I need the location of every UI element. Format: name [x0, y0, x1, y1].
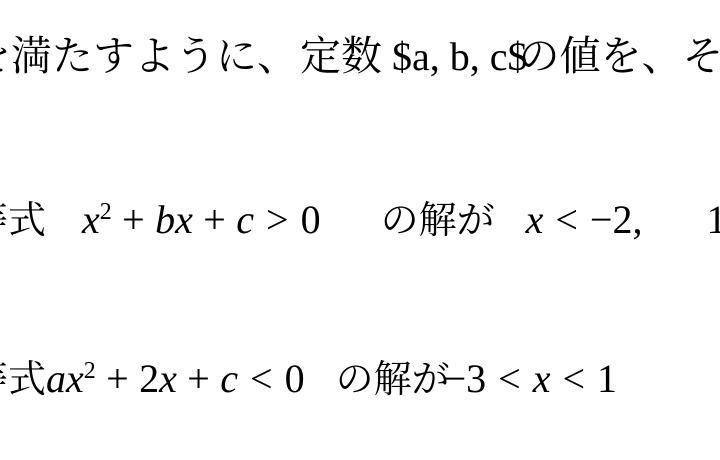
statement-text-end: の値を、それ — [519, 33, 720, 79]
term-c: c — [220, 356, 238, 401]
inequality-2-line: 等式ax2+2x+c<0の解が−3<x<1 — [0, 351, 617, 408]
term-x: x — [82, 197, 100, 242]
plus-operator: + — [106, 356, 129, 401]
coefficient-2: 2 — [139, 356, 159, 401]
solution-label: の解が — [336, 359, 450, 401]
zero-value: 0 — [301, 197, 321, 242]
term-c: c — [236, 197, 254, 242]
document-page: を満たすように、定数$a, b, c$の値を、それ 等式x2+bx+c>0の解が… — [0, 0, 720, 460]
statement-text-start: を満たすように、 — [0, 33, 298, 79]
solution-range-1: x<−2, — [526, 197, 643, 242]
one-value: 1 — [597, 356, 617, 401]
neg-three-value: −3 — [444, 356, 487, 401]
exponent-2: 2 — [100, 199, 112, 225]
greater-than-sign: > — [266, 197, 289, 242]
solution-label: の解が — [381, 200, 495, 242]
term-ax: ax — [46, 356, 84, 401]
plus-operator: + — [187, 356, 210, 401]
constants-variables: $a, b, c$ — [392, 34, 528, 79]
inequality-2-label: 等式 — [0, 359, 46, 401]
inequality-1-expression: x2+bx+c>0 — [82, 197, 321, 242]
zero-value: 0 — [285, 356, 305, 401]
constants-label: 定数 — [300, 33, 382, 79]
term-bx: bx — [155, 197, 193, 242]
plus-operator: + — [203, 197, 226, 242]
var-x: x — [526, 197, 544, 242]
clipped-value-fragment: 1 — [706, 197, 720, 242]
less-than-sign: < — [562, 356, 585, 401]
var-x: x — [159, 356, 177, 401]
less-than-sign: < — [250, 356, 273, 401]
problem-statement-line: を満たすように、定数$a, b, c$の値を、それ — [0, 26, 720, 87]
solution-range-2: −3<x<1 — [444, 356, 617, 401]
inequality-1-label: 等式 — [0, 200, 46, 242]
var-x: x — [533, 356, 551, 401]
inequality-2-expression: ax2+2x+c<0 — [46, 356, 305, 401]
less-than-sign: < — [555, 197, 578, 242]
exponent-2: 2 — [84, 358, 96, 384]
less-than-sign: < — [498, 356, 521, 401]
neg-two-comma: −2, — [590, 197, 643, 242]
plus-operator: + — [122, 197, 145, 242]
inequality-1-line: 等式x2+bx+c>0の解がx<−2,1 — [0, 192, 720, 249]
